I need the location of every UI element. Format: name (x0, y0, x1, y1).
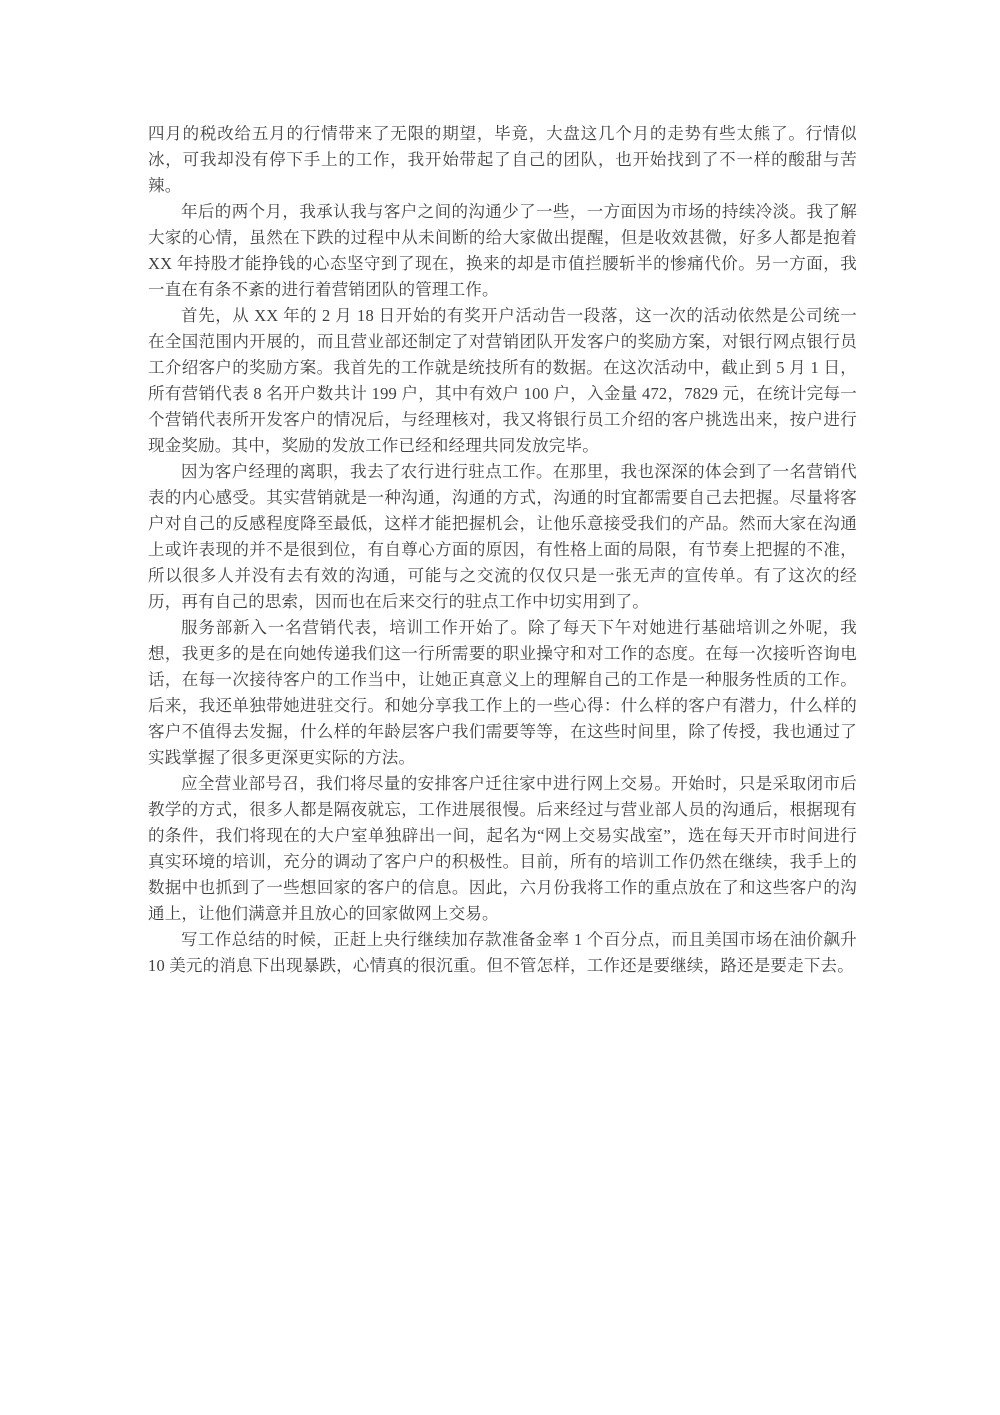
paragraph-2: 年后的两个月，我承认我与客户之间的沟通少了一些，一方面因为市场的持续冷淡。我了解… (148, 199, 857, 303)
document-body: 四月的税改给五月的行情带来了无限的期望，毕竟，大盘这几个月的走势有些太熊了。行情… (148, 121, 857, 979)
paragraph-1: 四月的税改给五月的行情带来了无限的期望，毕竟，大盘这几个月的走势有些太熊了。行情… (148, 121, 857, 199)
document-page: 四月的税改给五月的行情带来了无限的期望，毕竟，大盘这几个月的走势有些太熊了。行情… (0, 0, 1000, 1415)
paragraph-3: 首先，从 XX 年的 2 月 18 日开始的有奖开户活动告一段落，这一次的活动依… (148, 303, 857, 459)
paragraph-5: 服务部新入一名营销代表，培训工作开始了。除了每天下午对她进行基础培训之外呢，我想… (148, 615, 857, 771)
paragraph-6: 应全营业部号召，我们将尽量的安排客户迁往家中进行网上交易。开始时，只是采取闭市后… (148, 771, 857, 927)
paragraph-4: 因为客户经理的离职，我去了农行进行驻点工作。在那里，我也深深的体会到了一名营销代… (148, 459, 857, 615)
paragraph-7: 写工作总结的时候，正赶上央行继续加存款准备金率 1 个百分点，而且美国市场在油价… (148, 927, 857, 979)
